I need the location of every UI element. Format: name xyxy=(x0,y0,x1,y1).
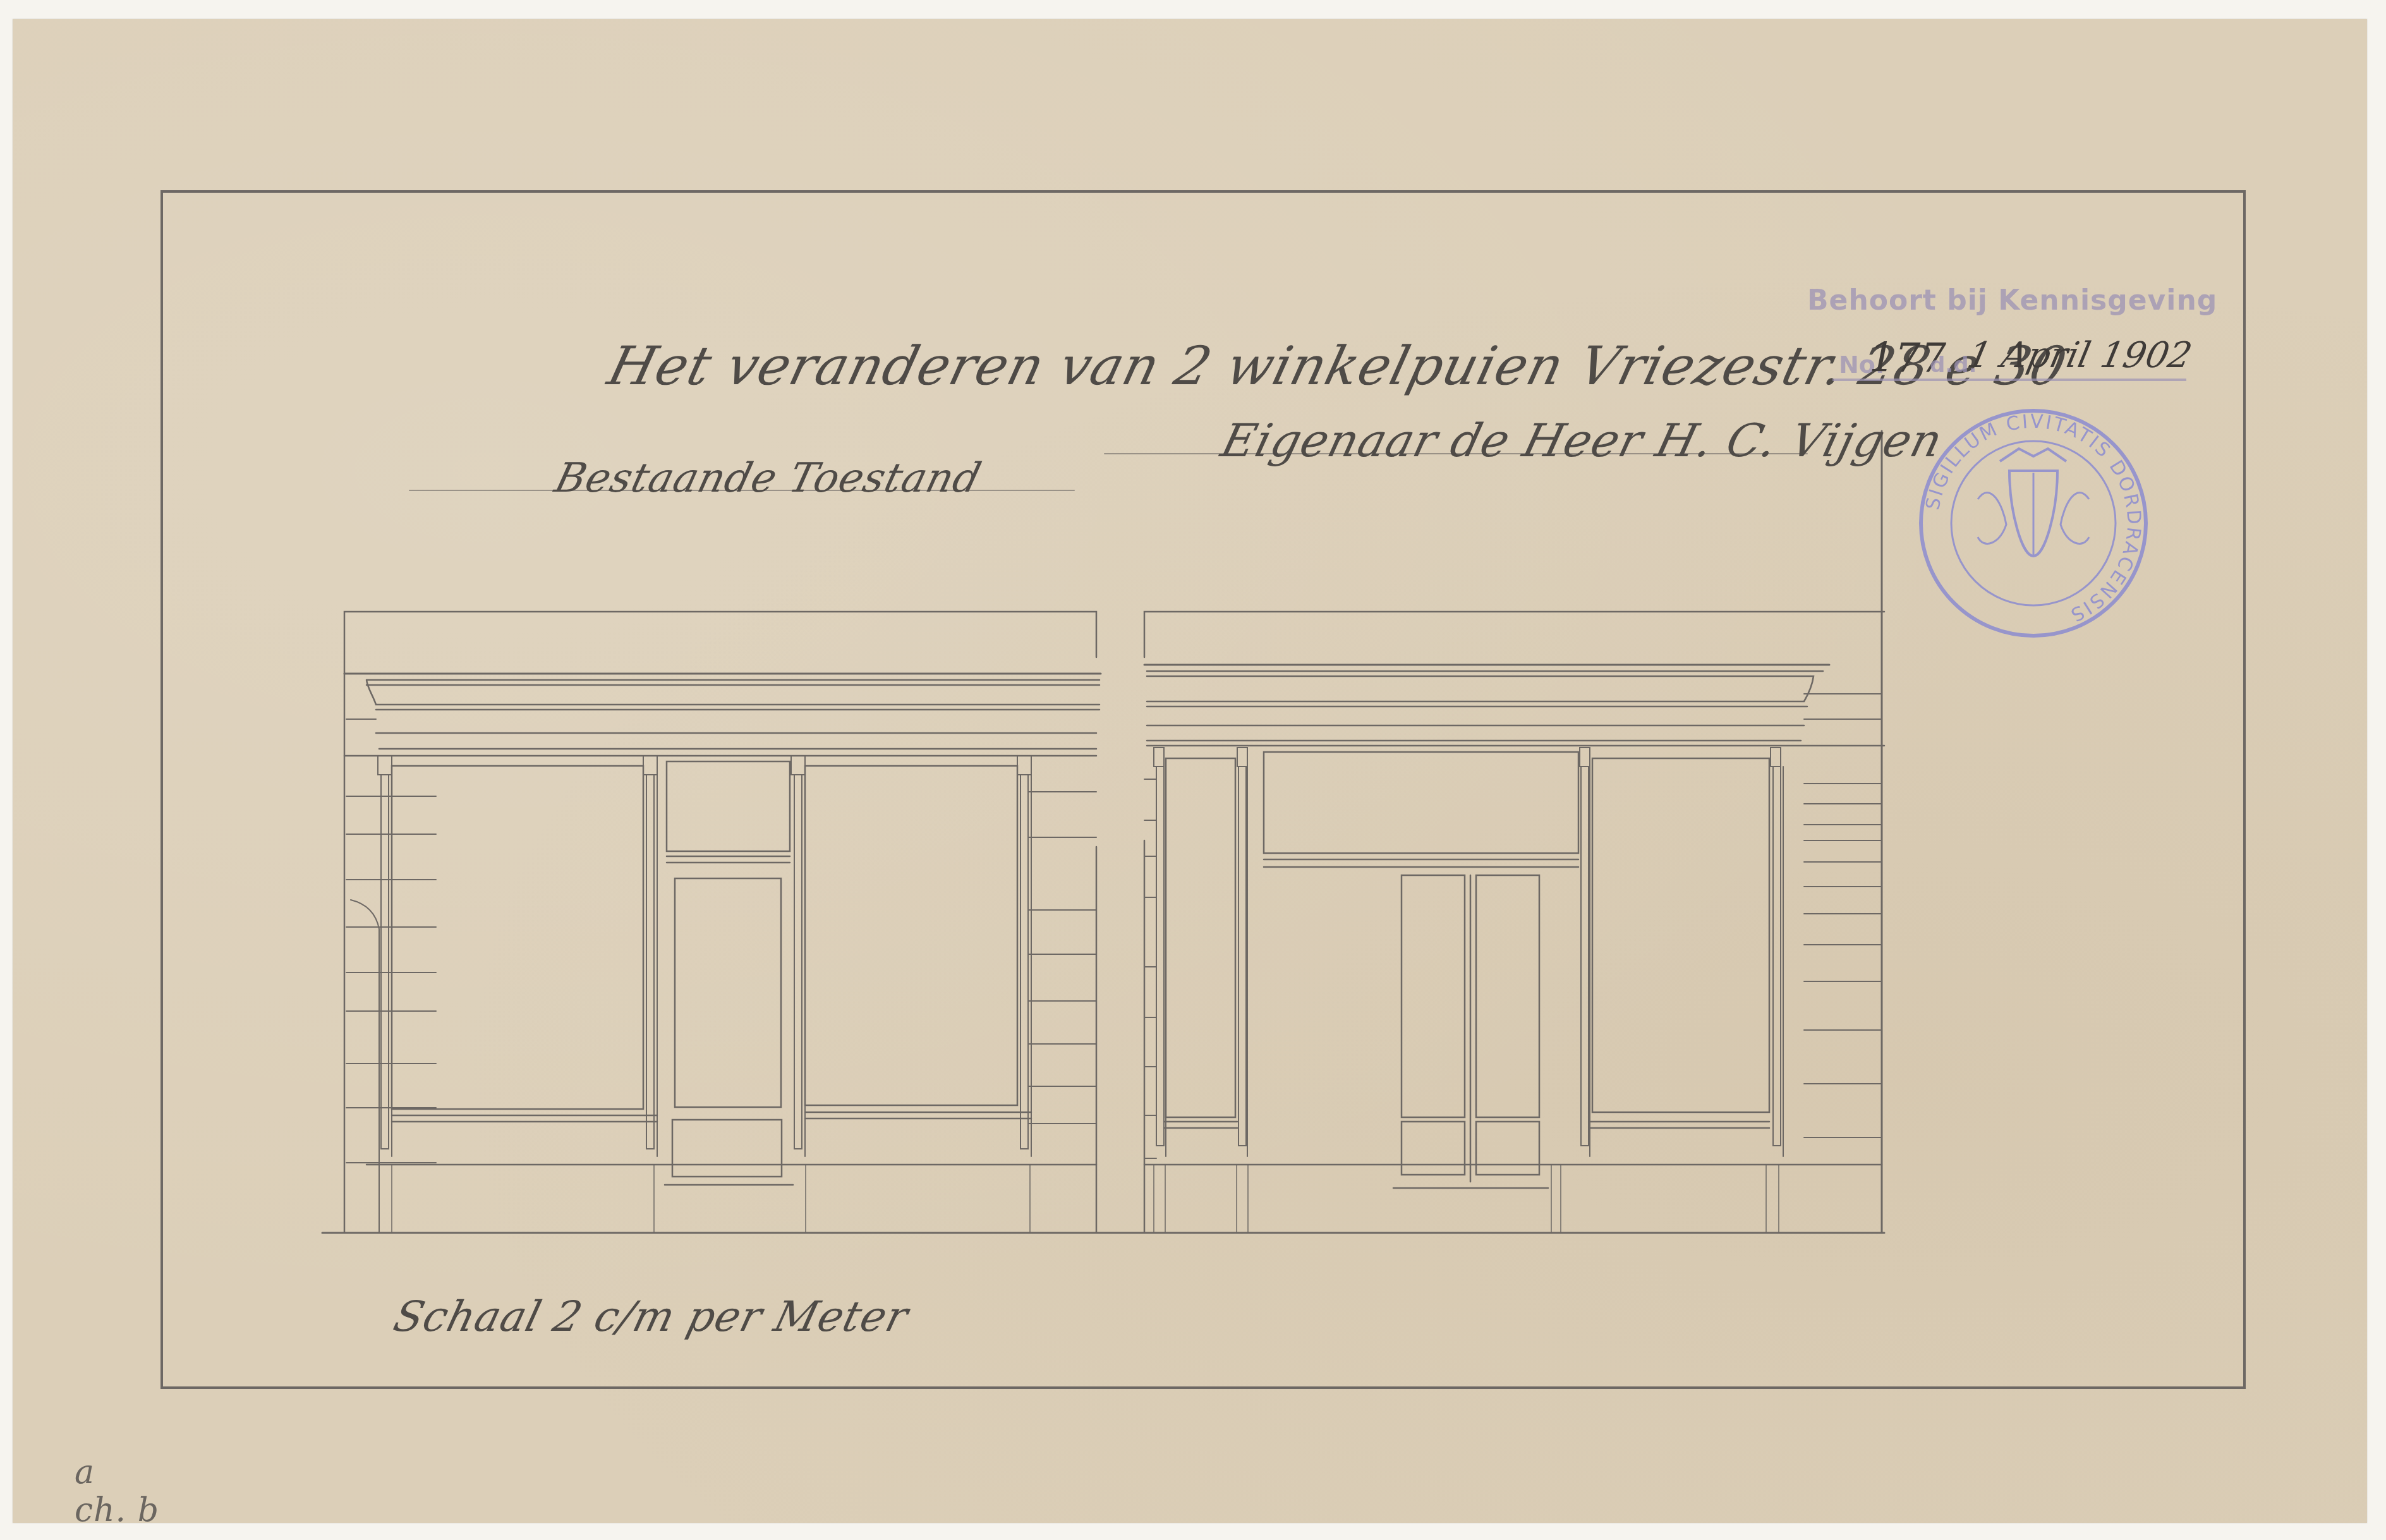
seal-text-ring: SIGILLUM CIVITATIS DORDRACENSIS xyxy=(1920,409,2146,636)
right-storefront xyxy=(1144,612,1884,1232)
corner-note-line2: ch. b xyxy=(75,1491,159,1529)
corner-pencil-note: a ch. b xyxy=(75,1453,159,1529)
seal-text: SIGILLUM CIVITATIS DORDRACENSIS xyxy=(1922,411,2145,627)
left-storefront xyxy=(344,612,1101,1232)
section-label: Bestaande Toestand xyxy=(550,455,986,502)
owner-line: Eigenaar de Heer H. C. Vijgen xyxy=(1216,414,1949,467)
stamp-header: Behoort bij Kennisgeving xyxy=(1807,284,2217,317)
stamp-date-value: 1 April 1902 xyxy=(1964,335,2195,376)
corner-note-line1: a xyxy=(75,1453,159,1491)
stamp-underline xyxy=(1832,378,2186,382)
scale-note: Schaal 2 c/m per Meter xyxy=(389,1292,913,1341)
elevation-drawing xyxy=(0,0,2386,1540)
svg-text:SIGILLUM CIVITATIS DORDRACENSI: SIGILLUM CIVITATIS DORDRACENSIS xyxy=(1922,411,2145,627)
